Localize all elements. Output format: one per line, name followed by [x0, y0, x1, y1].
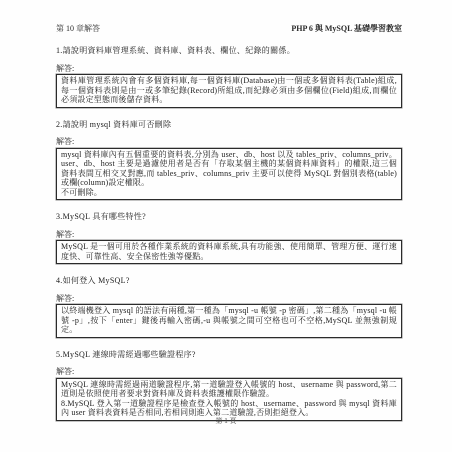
answer-text: 資料庫管理系統內會有多個資料庫,每一個資料庫(Database)由一個或多個資料…: [61, 76, 397, 105]
question-text: 4.如何登入 MySQL?: [56, 276, 402, 286]
answer-box: 以終端機登入 mysql 的語法有兩種,第一種為「mysql -u 帳號 -p …: [56, 304, 402, 338]
question-block-1: 1.請說明資料庫管理系統、資料庫、資料表、欄位、紀錄的關係。 解答: 資料庫管理…: [56, 46, 402, 108]
page-number: 第 1 頁: [216, 417, 237, 425]
answer-label: 解答:: [56, 137, 402, 147]
answer-label: 解答:: [56, 230, 402, 240]
answer-box: MySQL 連線時需經過兩道驗證程序,第一道驗證登入帳號的 host、usern…: [56, 378, 402, 421]
answer-box: mysql 資料庫內有五個重要的資料表,分別為 user、db、host 以及 …: [56, 148, 402, 201]
answer-label: 解答:: [56, 367, 402, 377]
question-text: 5.MySQL 連線時需經過哪些驗證程序?: [56, 350, 402, 360]
page-header: 第 10 章解答 PHP 6 與 MySQL 基礎學習教室: [56, 24, 402, 34]
question-text: 2.請說明 mysql 資料庫可否刪除: [56, 120, 402, 130]
question-block-4: 4.如何登入 MySQL? 解答: 以終端機登入 mysql 的語法有兩種,第一…: [56, 276, 402, 338]
answer-label: 解答:: [56, 294, 402, 304]
answer-box: 資料庫管理系統內會有多個資料庫,每一個資料庫(Database)由一個或多個資料…: [56, 74, 402, 108]
question-block-3: 3.MySQL 具有哪些特性? 解答: MySQL 是一個可用於各種作業系統的資…: [56, 212, 402, 264]
header-chapter-title: 第 10 章解答: [56, 24, 100, 34]
header-book-title: PHP 6 與 MySQL 基礎學習教室: [291, 24, 402, 34]
answer-text: MySQL 是一個可用於各種作業系統的資料庫系統,具有功能強、使用簡單、管理方便…: [61, 242, 397, 261]
question-block-5: 5.MySQL 連線時需經過哪些驗證程序? 解答: MySQL 連線時需經過兩道…: [56, 350, 402, 421]
answer-box: MySQL 是一個可用於各種作業系統的資料庫系統,具有功能強、使用簡單、管理方便…: [56, 240, 402, 264]
page-footer: 第 1 頁: [0, 416, 452, 426]
question-text: 3.MySQL 具有哪些特性?: [56, 212, 402, 222]
question-block-2: 2.請說明 mysql 資料庫可否刪除 解答: mysql 資料庫內有五個重要的…: [56, 120, 402, 201]
document-page: 第 10 章解答 PHP 6 與 MySQL 基礎學習教室 1.請說明資料庫管理…: [0, 0, 452, 452]
answer-text: mysql 資料庫內有五個重要的資料表,分別為 user、db、host 以及 …: [61, 150, 397, 198]
question-text: 1.請說明資料庫管理系統、資料庫、資料表、欄位、紀錄的關係。: [56, 46, 402, 56]
answer-label: 解答:: [56, 64, 402, 74]
answer-text: 以終端機登入 mysql 的語法有兩種,第一種為「mysql -u 帳號 -p …: [61, 306, 397, 335]
answer-text: MySQL 連線時需經過兩道驗證程序,第一道驗證登入帳號的 host、usern…: [61, 380, 397, 418]
